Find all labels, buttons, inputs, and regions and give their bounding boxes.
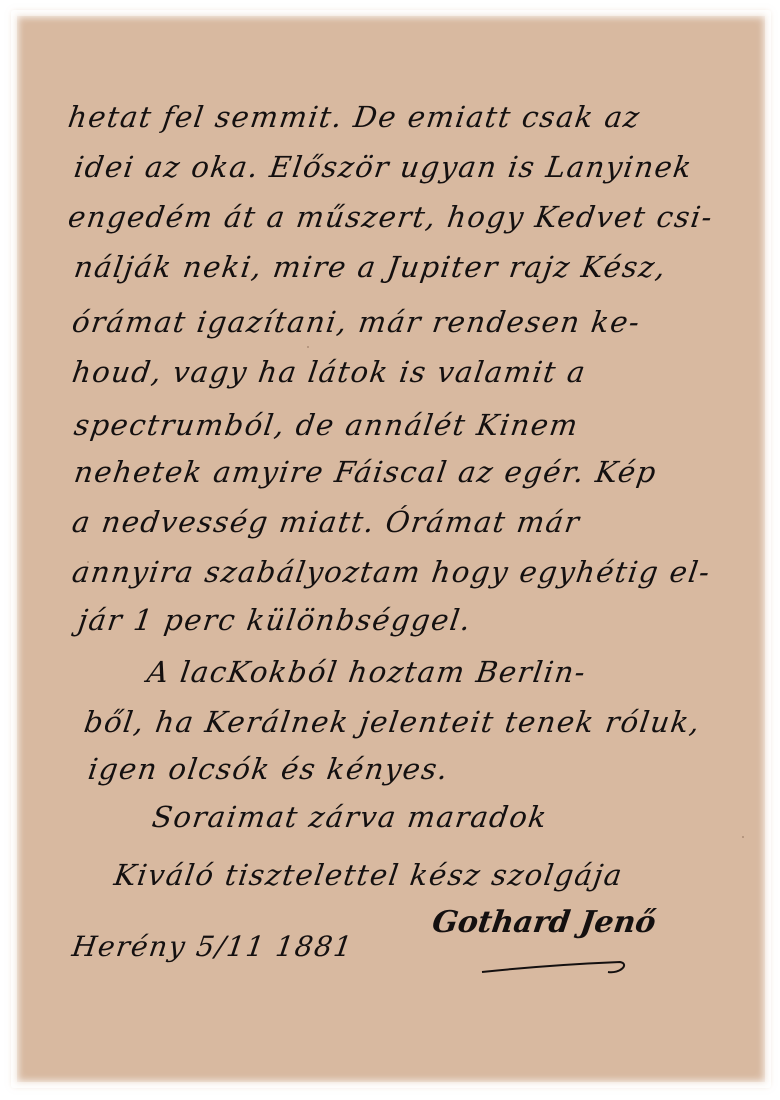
- letter-line-14: igen olcsók és kényes.: [86, 752, 451, 786]
- letter-line-12: A lacKokból hoztam Berlin-: [145, 655, 589, 689]
- letter-line-9: a nedvesség miatt. Órámat már: [70, 505, 582, 539]
- signature: Gothard Jenő: [430, 905, 658, 940]
- letter-line-7: spectrumból, de annálét Kinem: [72, 408, 581, 442]
- letter-line-13: ből, ha Kerálnek jelenteit tenek róluk,: [82, 705, 703, 739]
- signature-flourish-icon: [480, 960, 630, 980]
- letter-line-4: nálják neki, mire a Jupiter rajz Kész,: [72, 250, 669, 284]
- letter-line-10: annyira szabályoztam hogy egyhétig el-: [70, 555, 713, 589]
- letter-line-3: engedém át a műszert, hogy Kedvet csi-: [66, 200, 715, 234]
- letter-line-16: Kiváló tisztelettel kész szolgája: [112, 858, 625, 892]
- letter-line-15: Soraimat zárva maradok: [150, 800, 550, 834]
- letter-line-5: órámat igazítani, már rendesen ke-: [70, 305, 643, 339]
- letter-line-8: nehetek amyire Fáiscal az egér. Kép: [72, 455, 659, 489]
- letter-line-1: hetat fel semmit. De emiatt csak az: [66, 100, 643, 134]
- letter-line-11: jár 1 perc különbséggel.: [76, 603, 474, 637]
- letter-line-2: idei az oka. Először ugyan is Lanyinek: [72, 150, 695, 184]
- paper-speck: [742, 836, 744, 838]
- place-date: Herény 5/11 1881: [70, 930, 355, 963]
- paper-speck: [307, 346, 309, 348]
- letter-line-6: houd, vagy ha látok is valamit a: [70, 355, 589, 389]
